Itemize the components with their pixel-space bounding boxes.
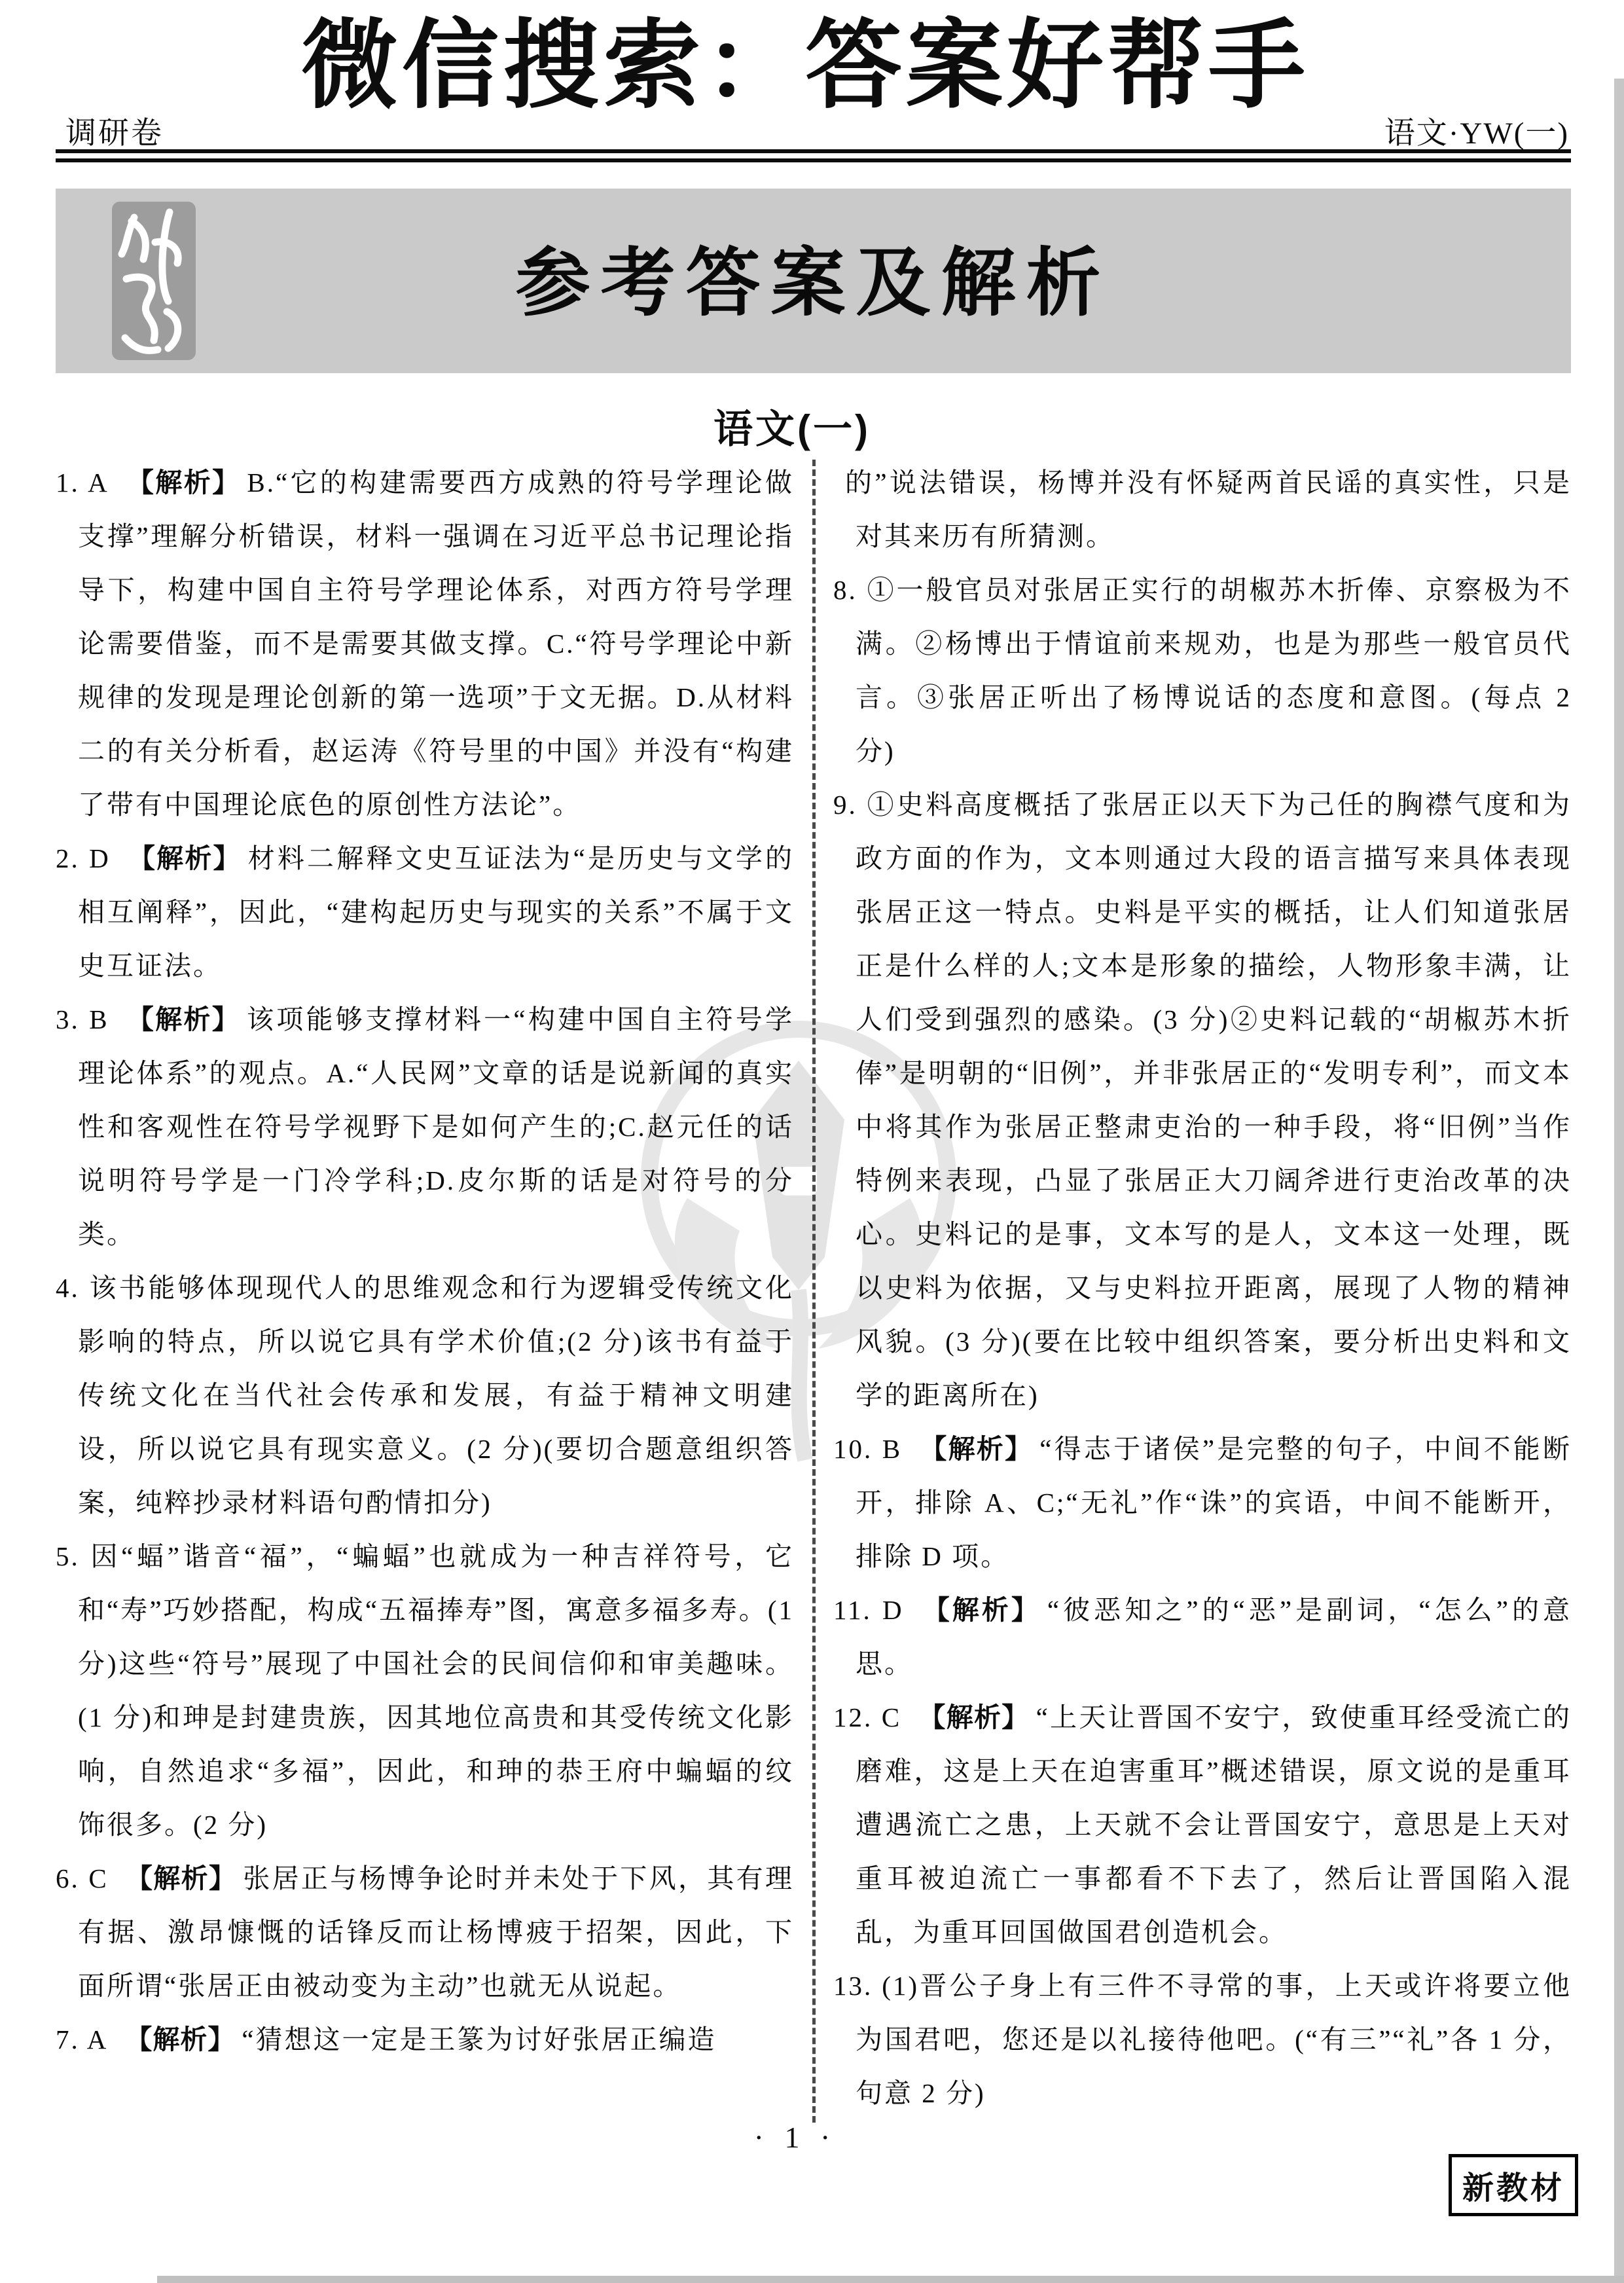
item-text: (1)晋公子身上有三件不寻常的事，上天或许将要立他为国君吧，您还是以礼接待他吧。…	[856, 1971, 1572, 2108]
subject-code-label: 语文·YW(一)	[1384, 109, 1569, 153]
item-number: 5.	[56, 1541, 80, 1571]
item-text: ①史料高度概括了张居正以天下为己任的胸襟气度和为政方面的作为，文本则通过大段的语…	[856, 790, 1572, 1410]
answer-item: 10. B【解析】“得志于诸侯”是完整的句子，中间不能断开，排除 A、C;“无礼…	[833, 1422, 1572, 1583]
answer-item: 4.该书能够体现现代人的思维观念和行为逻辑受传统文化影响的特点，所以说它具有学术…	[56, 1261, 794, 1529]
answer-item: 13.(1)晋公子身上有三件不寻常的事，上天或许将要立他为国君吧，您还是以礼接待…	[833, 1959, 1572, 2120]
item-number: 1. A	[56, 467, 109, 498]
column-divider	[812, 460, 816, 2123]
item-number: 12. C	[833, 1702, 901, 1732]
answer-item: 6. C【解析】张居正与杨博争论时并未处于下风，其有理有据、激昂慷慨的话锋反而让…	[56, 1852, 794, 2013]
item-number: 10. B	[833, 1434, 902, 1464]
jiexi-label: 【解析】	[126, 1004, 240, 1034]
answers-column-right: 的”说法错误，杨博并没有怀疑两首民谣的真实性，只是对其来历有所猜测。8.①一般官…	[833, 456, 1572, 2123]
jiexi-label: 【解析】	[918, 1702, 1029, 1732]
answer-item: 9.①史料高度概括了张居正以天下为己任的胸襟气度和为政方面的作为，文本则通过大段…	[833, 778, 1572, 1422]
answers-column-left: 1. A【解析】B.“它的构建需要西方成熟的符号学理论做支撑”理解分析错误，材料…	[56, 456, 794, 2123]
item-text: ①一般官员对张居正实行的胡椒苏木折俸、京察极为不满。②杨博出于情谊前来规劝，也是…	[856, 575, 1572, 766]
answer-item: 1. A【解析】B.“它的构建需要西方成熟的符号学理论做支撑”理解分析错误，材料…	[56, 456, 794, 831]
new-textbook-badge: 新教材	[1449, 2154, 1578, 2216]
answer-item: 3. B【解析】该项能够支撑材料一“构建中国自主符号学理论体系”的观点。A.“人…	[56, 993, 794, 1261]
item-text: “上天让晋国不安宁，致使重耳经受流亡的磨难，这是上天在迫害重耳”概述错误，原文说…	[856, 1702, 1572, 1947]
header-divider	[56, 149, 1571, 162]
item-text: 因“蝠”谐音“福”，“蝙蝠”也就成为一种吉祥符号，它和“寿”巧妙搭配，构成“五福…	[78, 1541, 794, 1840]
jiexi-label: 【解析】	[128, 843, 242, 873]
jiexi-label: 【解析】	[921, 1595, 1041, 1625]
answer-item: 12. C【解析】“上天让晋国不安宁，致使重耳经受流亡的磨难，这是上天在迫害重耳…	[833, 1690, 1572, 1959]
item-text: 该项能够支撑材料一“构建中国自主符号学理论体系”的观点。A.“人民网”文章的话是…	[78, 1004, 794, 1249]
item-number: 6. C	[56, 1863, 109, 1893]
jiexi-label: 【解析】	[126, 1863, 237, 1893]
item-number: 2. D	[56, 843, 111, 873]
banner-title: 参考答案及解析	[56, 223, 1571, 330]
answer-item: 5.因“蝠”谐音“福”，“蝙蝠”也就成为一种吉祥符号，它和“寿”巧妙搭配，构成“…	[56, 1529, 794, 1852]
item-number: 8.	[833, 575, 857, 605]
item-number: 3. B	[56, 1004, 109, 1034]
answer-paragraph-continuation: 的”说法错误，杨博并没有怀疑两首民谣的真实性，只是对其来历有所猜测。	[833, 456, 1572, 563]
answer-banner: 参考答案及解析	[56, 189, 1571, 373]
item-text: “猜想这一定是王篆为讨好张居正编造	[242, 2024, 716, 2055]
jiexi-label: 【解析】	[919, 1434, 1033, 1464]
item-text: B.“它的构建需要西方成熟的符号学理论做支撑”理解分析错误，材料一强调在习近平总…	[78, 467, 794, 820]
scan-edge-bottom	[157, 2276, 1624, 2283]
answer-item: 7. A【解析】“猜想这一定是王篆为讨好张居正编造	[56, 2013, 794, 2066]
answer-item: 2. D【解析】材料二解释文史互证法为“是历史与文学的相互阐释”，因此，“建构起…	[56, 831, 794, 993]
paper-type-label: 调研卷	[65, 109, 164, 153]
item-number: 7. A	[56, 2024, 108, 2055]
answer-item: 11. D【解析】“彼恶知之”的“恶”是副词，“怎么”的意思。	[833, 1583, 1572, 1690]
section-title: 语文(一)	[0, 398, 1584, 454]
page-number: · 1 ·	[0, 2120, 1591, 2155]
answer-item: 8.①一般官员对张居正实行的胡椒苏木折俸、京察极为不满。②杨博出于情谊前来规劝，…	[833, 563, 1572, 778]
answer-columns: 1. A【解析】B.“它的构建需要西方成熟的符号学理论做支撑”理解分析错误，材料…	[56, 456, 1572, 2123]
item-number: 13.	[833, 1971, 873, 2001]
page-title: 微信搜索：答案好帮手	[0, 0, 1610, 127]
item-number: 11. D	[833, 1595, 904, 1625]
item-text: 的”说法错误，杨博并没有怀疑两首民谣的真实性，只是对其来历有所猜测。	[845, 467, 1572, 551]
item-number: 4.	[56, 1273, 80, 1303]
item-text: 该书能够体现现代人的思维观念和行为逻辑受传统文化影响的特点，所以说它具有学术价值…	[78, 1273, 794, 1518]
item-number: 9.	[833, 790, 857, 820]
jiexi-label: 【解析】	[125, 2024, 235, 2055]
scan-edge-right	[1614, 79, 1624, 2283]
jiexi-label: 【解析】	[126, 467, 241, 498]
